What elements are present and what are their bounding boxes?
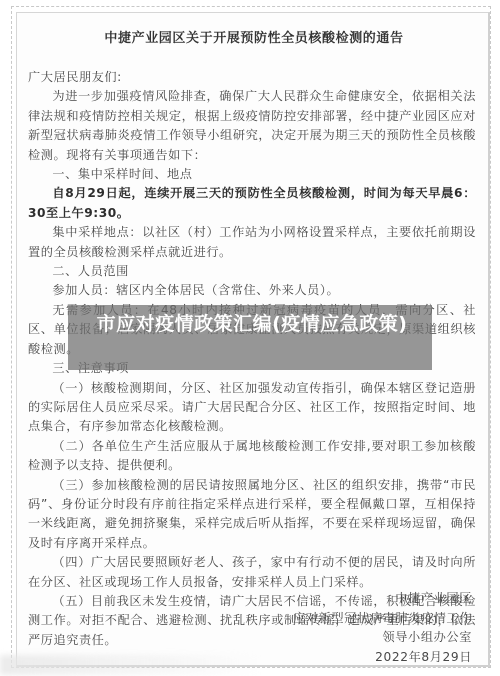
- caption-overlay: 市应对疫情政策汇编(疫情应急政策): [68, 305, 432, 370]
- signature-date: 2022年8月29日: [293, 648, 472, 668]
- signature-office: 领导小组办公室: [293, 628, 472, 648]
- paragraph-participants: 参加人员：辖区内全体居民（含常住、外来人员）。: [28, 281, 476, 300]
- greeting: 广大居民朋友们:: [28, 68, 476, 87]
- signature-dept: 应对新型冠状病毒肺炎疫情工作: [293, 609, 472, 629]
- overlay-caption: 市应对疫情政策汇编(疫情应急政策): [76, 311, 428, 337]
- paragraph-note-1: （一）核酸检测期间，分区、社区加强发动宣传指引，确保本辖区登记造册的实际居住人员…: [28, 379, 476, 437]
- paragraph-note-3: （三）参加核酸检测的居民请按照属地分区、社区的组织安排，携带“市民码”、身份证分…: [28, 476, 476, 554]
- document-title: 中捷产业园区关于开展预防性全员核酸检测的通告: [17, 27, 491, 46]
- signature-org: 中捷产业园区: [293, 589, 472, 609]
- signature-block: 中捷产业园区 应对新型冠状病毒肺炎疫情工作 领导小组办公室 2022年8月29日: [293, 589, 472, 667]
- paragraph-intro: 为进一步加强疫情风险排查，确保广大人民群众生命健康安全，依据相关法律法规和疫情防…: [28, 87, 476, 165]
- paragraph-sampling-location: 集中采样地点：以社区（村）工作站为小网格设置采样点，主要依托前期设置的全员核酸检…: [28, 223, 476, 262]
- paragraph-note-4: （四）广大居民要照顾好老人、孩子，家中有行动不便的居民，请及时向所在分区、社区或…: [28, 553, 476, 592]
- bottom-smudge: [0, 655, 260, 675]
- section-heading-2: 二、人员范围: [28, 262, 476, 281]
- paragraph-note-2: （二）各单位生产生活应服从于属地核酸检测工作安排,要对职工参加核酸检测予以支持、…: [28, 437, 476, 476]
- section-heading-1: 一、集中采样时间、地点: [28, 165, 476, 184]
- paragraph-sampling-time: 自8月29日起，连续开展三天的预防性全员核酸检测，时间为每天早晨6：30至上午9…: [28, 184, 476, 223]
